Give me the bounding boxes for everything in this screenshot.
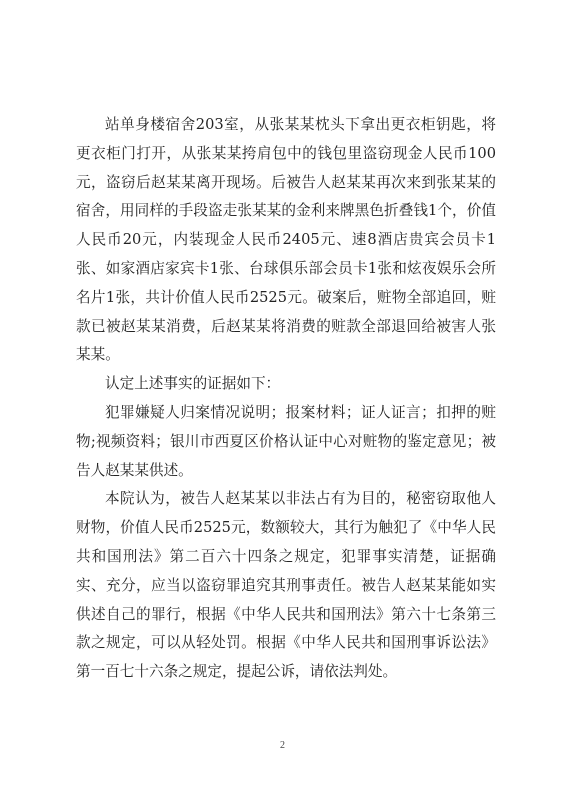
paragraph-facts: 站单身楼宿舍203室，从张某某枕头下拿出更衣柜钥匙，将更衣柜门打开，从张某某挎肩… xyxy=(76,111,496,370)
page-number: 2 xyxy=(0,740,565,751)
paragraph-evidence-heading: 认定上述事实的证据如下： xyxy=(76,370,496,399)
document-page: 站单身楼宿舍203室，从张某某枕头下拿出更衣柜钥匙，将更衣柜门打开，从张某某挎肩… xyxy=(0,0,565,800)
paragraph-evidence-list: 犯罪嫌疑人归案情况说明；报案材料；证人证言；扣押的赃物;视频资料；银川市西夏区价… xyxy=(76,399,496,485)
paragraph-conclusion: 本院认为，被告人赵某某以非法占有为目的，秘密窃取他人财物，价值人民币2525元，… xyxy=(76,485,496,687)
document-body: 站单身楼宿舍203室，从张某某枕头下拿出更衣柜钥匙，将更衣柜门打开，从张某某挎肩… xyxy=(76,111,496,687)
